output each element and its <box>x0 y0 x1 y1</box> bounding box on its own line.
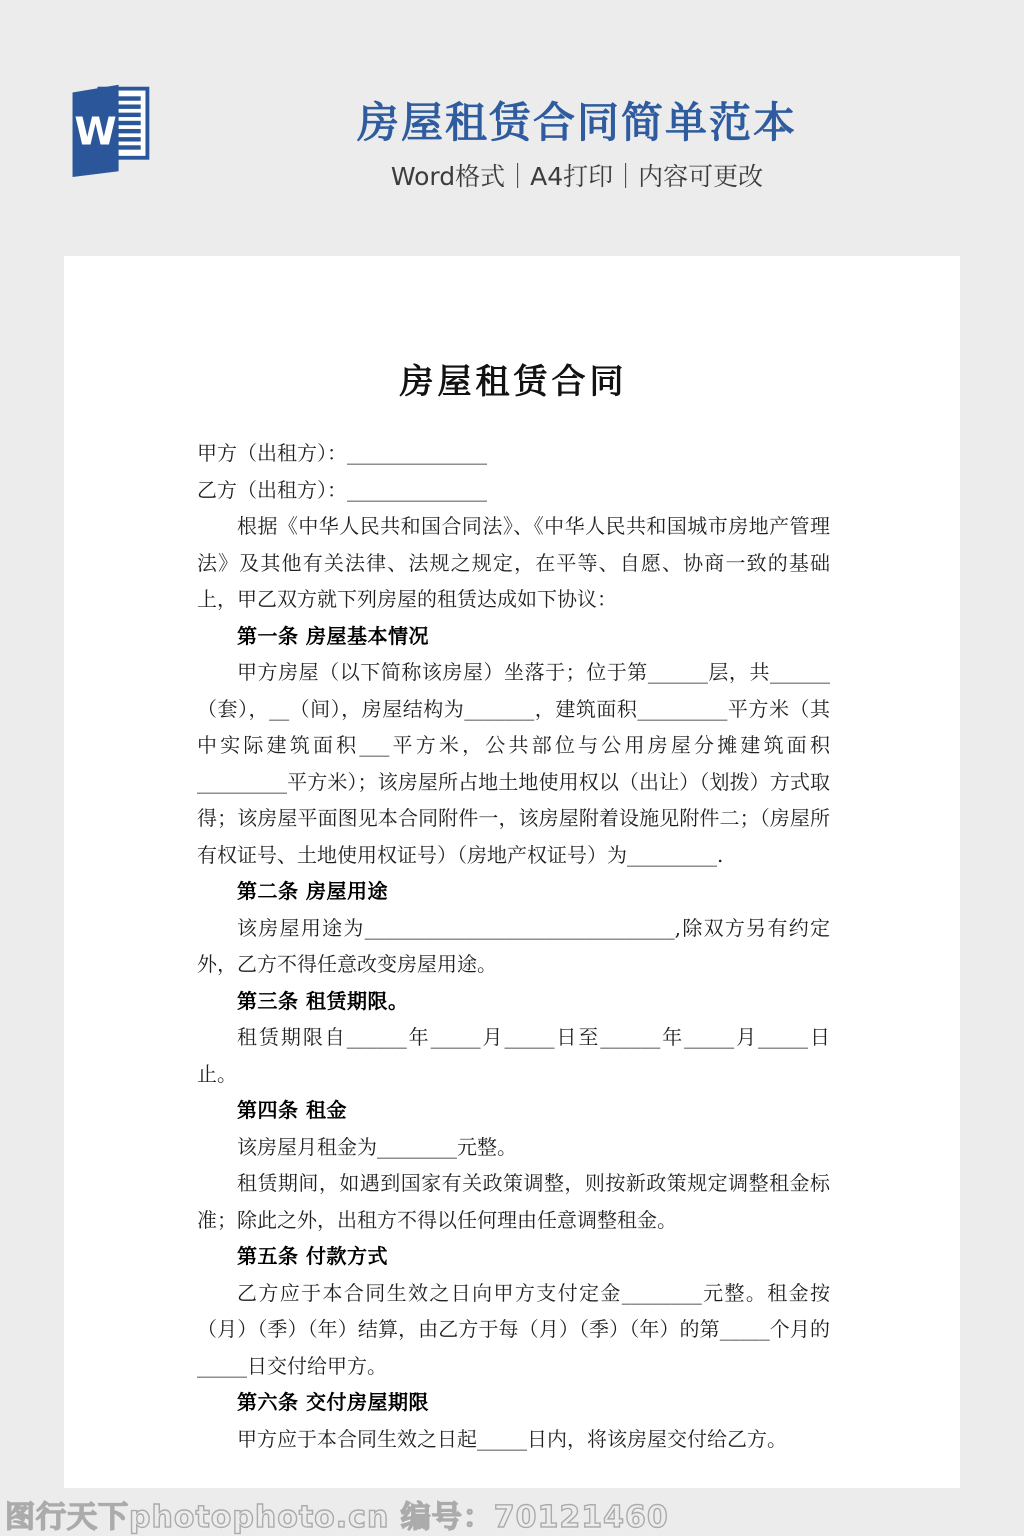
template-subtitle: Word格式｜A4打印｜内容可更改 <box>130 157 1024 193</box>
clause-heading: 第二条 房屋用途 <box>197 873 830 910</box>
document-content: 房屋租赁合同 甲方（出租方）：______________乙方（出租方）：___… <box>64 256 960 1457</box>
clause-heading: 第一条 房屋基本情况 <box>197 618 830 655</box>
doc-paragraph: 租赁期间，如遇到国家有关政策调整，则按新政策规定调整租金标准；除此之外，出租方不… <box>197 1165 830 1238</box>
clause-heading: 第六条 交付房屋期限 <box>197 1384 830 1421</box>
contract-title: 房屋租赁合同 <box>197 354 830 403</box>
doc-paragraph: 该房屋月租金为________元整。 <box>197 1129 830 1166</box>
clause-heading: 第五条 付款方式 <box>197 1238 830 1275</box>
doc-paragraph: 甲方房屋（以下简称该房屋）坐落于；位于第______层，共______（套），_… <box>197 654 830 873</box>
doc-paragraph: 甲方应于本合同生效之日起_____日内，将该房屋交付给乙方。 <box>197 1421 830 1458</box>
doc-paragraph: 甲方（出租方）：______________ <box>197 435 830 472</box>
doc-paragraph: 该房屋用途为_______________________________,除双… <box>197 910 830 983</box>
word-icon-letter: W <box>74 109 116 154</box>
document-page: 房屋租赁合同 甲方（出租方）：______________乙方（出租方）：___… <box>64 256 960 1488</box>
doc-paragraph: 乙方（出租方）：______________ <box>197 472 830 509</box>
clause-heading: 第四条 租金 <box>197 1092 830 1129</box>
doc-paragraph: 根据《中华人民共和国合同法》、《中华人民共和国城市房地产管理法》及其他有关法律、… <box>197 508 830 618</box>
doc-paragraph: 租赁期限自______年_____月_____日至______年_____月__… <box>197 1019 830 1092</box>
doc-paragraphs: 甲方（出租方）：______________乙方（出租方）：__________… <box>197 435 830 1457</box>
template-title: 房屋租赁合同简单范本 <box>130 90 1024 150</box>
doc-paragraph: 乙方应于本合同生效之日向甲方支付定金________元整。租金按（月）（季）（年… <box>197 1275 830 1385</box>
clause-heading: 第三条 租赁期限。 <box>197 983 830 1020</box>
site-watermark: 图行天下photophoto.cn 编号：70121460 <box>5 1492 669 1536</box>
